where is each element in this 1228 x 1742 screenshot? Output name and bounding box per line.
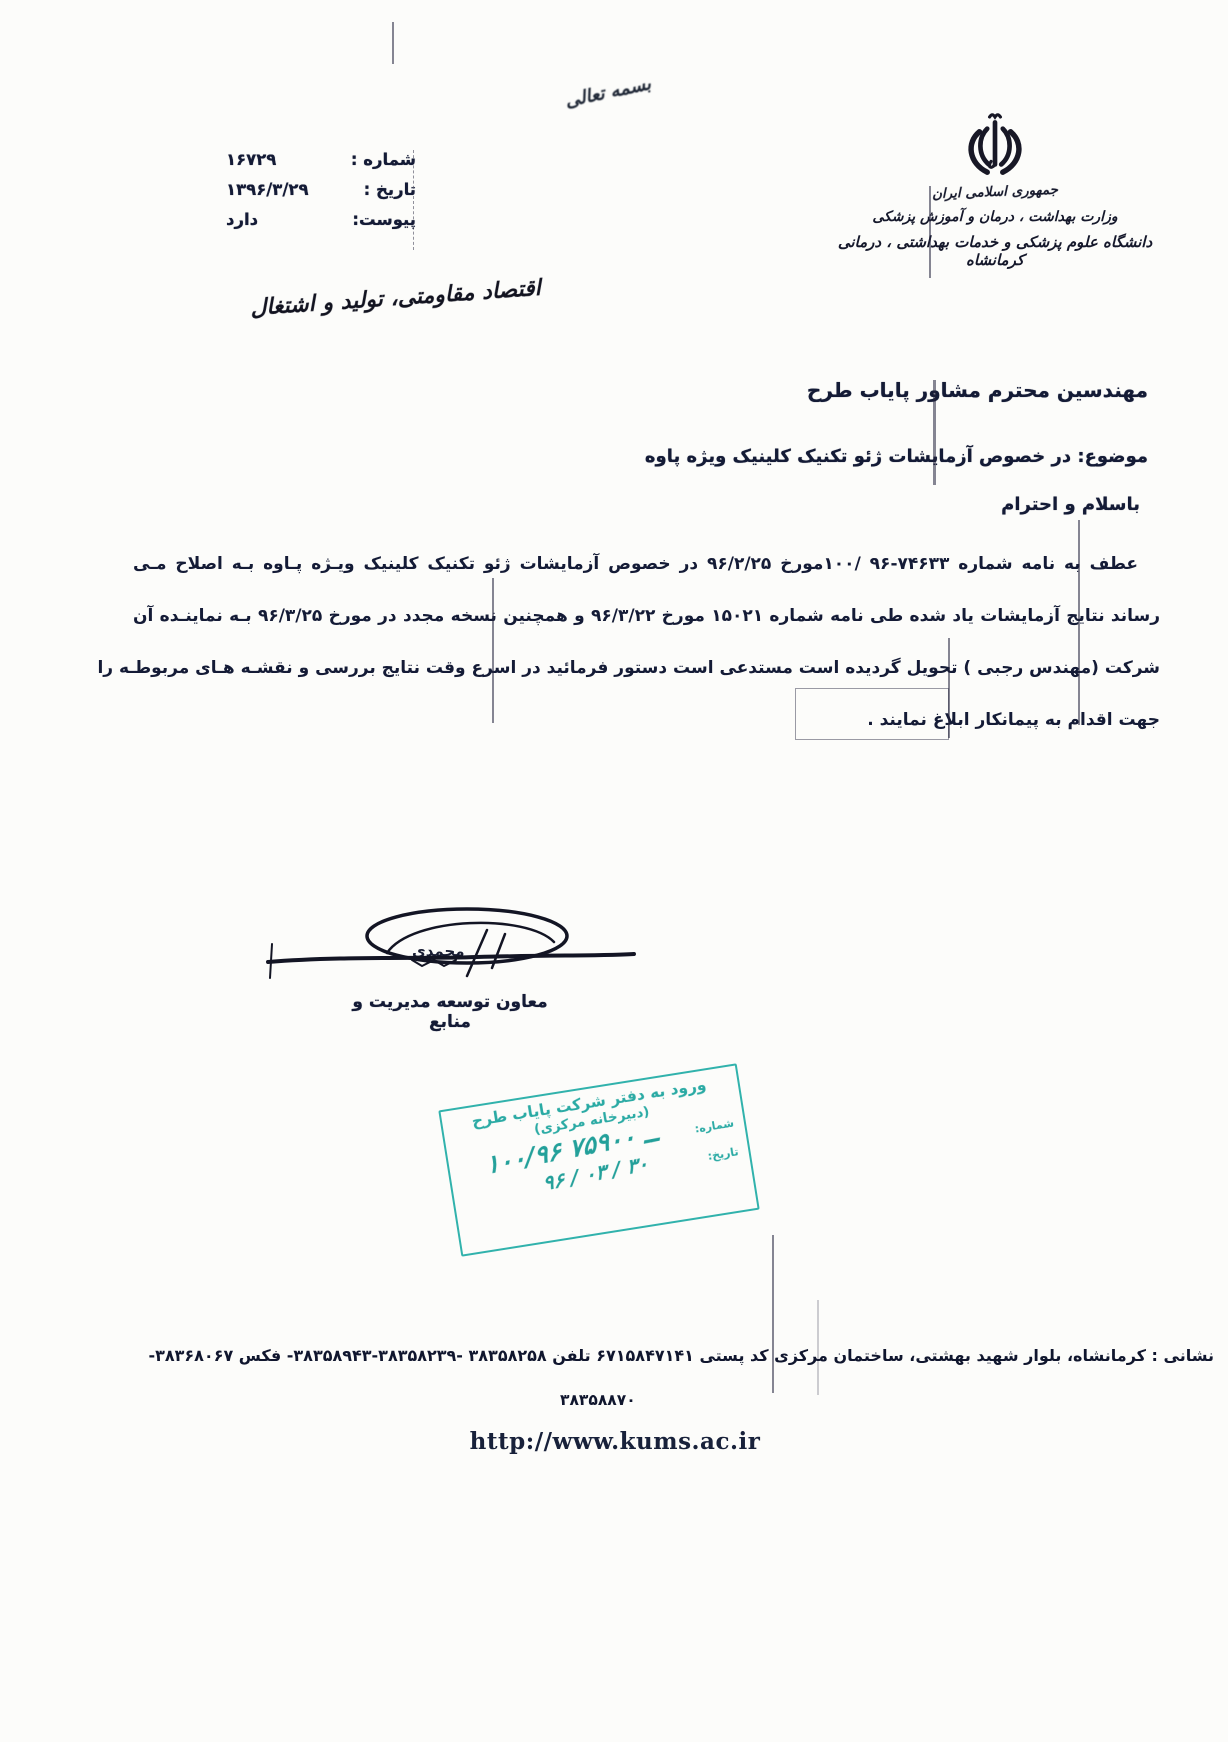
subject-line: موضوع: در خصوص آزمایشات ژئو تکنیک کلینیک… xyxy=(645,446,1148,467)
meta-number-label: شماره : xyxy=(351,150,416,169)
meta-date-value: ۱۳۹۶/۳/۲۹ xyxy=(226,180,309,199)
scan-fold-line xyxy=(933,380,936,485)
stamp-date-label: تاریخ: xyxy=(707,1145,740,1163)
addressee-line: مهندسین محترم مشاور پایاب طرح xyxy=(807,378,1148,402)
meta-date-row: تاریخ : ۱۳۹۶/۳/۲۹ xyxy=(226,180,416,199)
salutation-line: باسلام و احترام xyxy=(1001,494,1140,515)
scan-fold-line xyxy=(817,1300,819,1395)
scanned-letter-page: بسمه تعالی شماره : ۱۶۷۲۹ تاریخ : ۱۳۹۶/۳/… xyxy=(0,0,1228,1742)
stamp-number-label: شماره: xyxy=(694,1117,735,1136)
year-slogan: اقتصاد مقاومتی، تولید و اشتغال xyxy=(218,274,574,324)
meta-attachment-row: پیوست: دارد xyxy=(226,210,416,229)
subject-label: موضوع: xyxy=(1077,446,1148,467)
meta-attachment-label: پیوست: xyxy=(352,210,416,229)
meta-attachment-value: دارد xyxy=(226,210,258,229)
website-url: http://www.kums.ac.ir xyxy=(440,1428,790,1455)
org-country-line: جمهوری اسلامی ایران xyxy=(830,178,1160,206)
body-line: جهت اقدام به پیمانکار ابلاغ نمایند . xyxy=(133,694,1160,746)
scan-fold-line xyxy=(772,1235,774,1393)
signature-scribble-icon xyxy=(262,898,642,1003)
body-line: رساند نتایج آزمایشات یاد شده طی نامه شما… xyxy=(133,590,1160,642)
org-header-block: جمهوری اسلامی ایران وزارت بهداشت ، درمان… xyxy=(830,110,1160,269)
meta-number-value: ۱۶۷۲۹ xyxy=(226,150,276,169)
bismillah-calligraphy: بسمه تعالی xyxy=(547,70,669,115)
scan-fold-line xyxy=(929,186,931,278)
meta-date-label: تاریخ : xyxy=(364,180,416,199)
letter-body: عطف به نامه شماره ۷۴۶۳۳-۹۶ /۱۰۰مورخ ۹۶/۲… xyxy=(133,538,1160,746)
body-line: شرکت (مهندس رجبی ) تحویل گردیده است مستد… xyxy=(133,642,1160,694)
scan-fold-line xyxy=(1078,520,1080,725)
letter-meta-block: شماره : ۱۶۷۲۹ تاریخ : ۱۳۹۶/۳/۲۹ پیوست: د… xyxy=(226,150,416,240)
scan-fold-line xyxy=(492,578,494,723)
scan-fold-line xyxy=(413,150,416,250)
scan-box-artifact xyxy=(795,688,949,740)
received-stamp: ورود به دفتر شرکت پایاب طرح (دبیرخانه مر… xyxy=(438,1063,759,1256)
meta-number-row: شماره : ۱۶۷۲۹ xyxy=(226,150,416,169)
footer-phone-extra: ۳۸۳۵۸۸۷۰ xyxy=(560,1391,636,1409)
org-ministry-line: وزارت بهداشت ، درمان و آموزش پزشکی xyxy=(830,209,1160,225)
org-university-line: دانشگاه علوم پزشکی و خدمات بهداشتی ، درم… xyxy=(830,233,1160,269)
scan-fold-line xyxy=(392,22,394,64)
footer-address-line: نشانی : کرمانشاه، بلوار شهید بهشتی، ساخت… xyxy=(162,1346,1214,1365)
subject-text: در خصوص آزمایشات ژئو تکنیک کلینیک ویژه پ… xyxy=(645,446,1071,467)
iran-emblem-icon xyxy=(956,110,1034,180)
body-line: عطف به نامه شماره ۷۴۶۳۳-۹۶ /۱۰۰مورخ ۹۶/۲… xyxy=(133,538,1160,590)
